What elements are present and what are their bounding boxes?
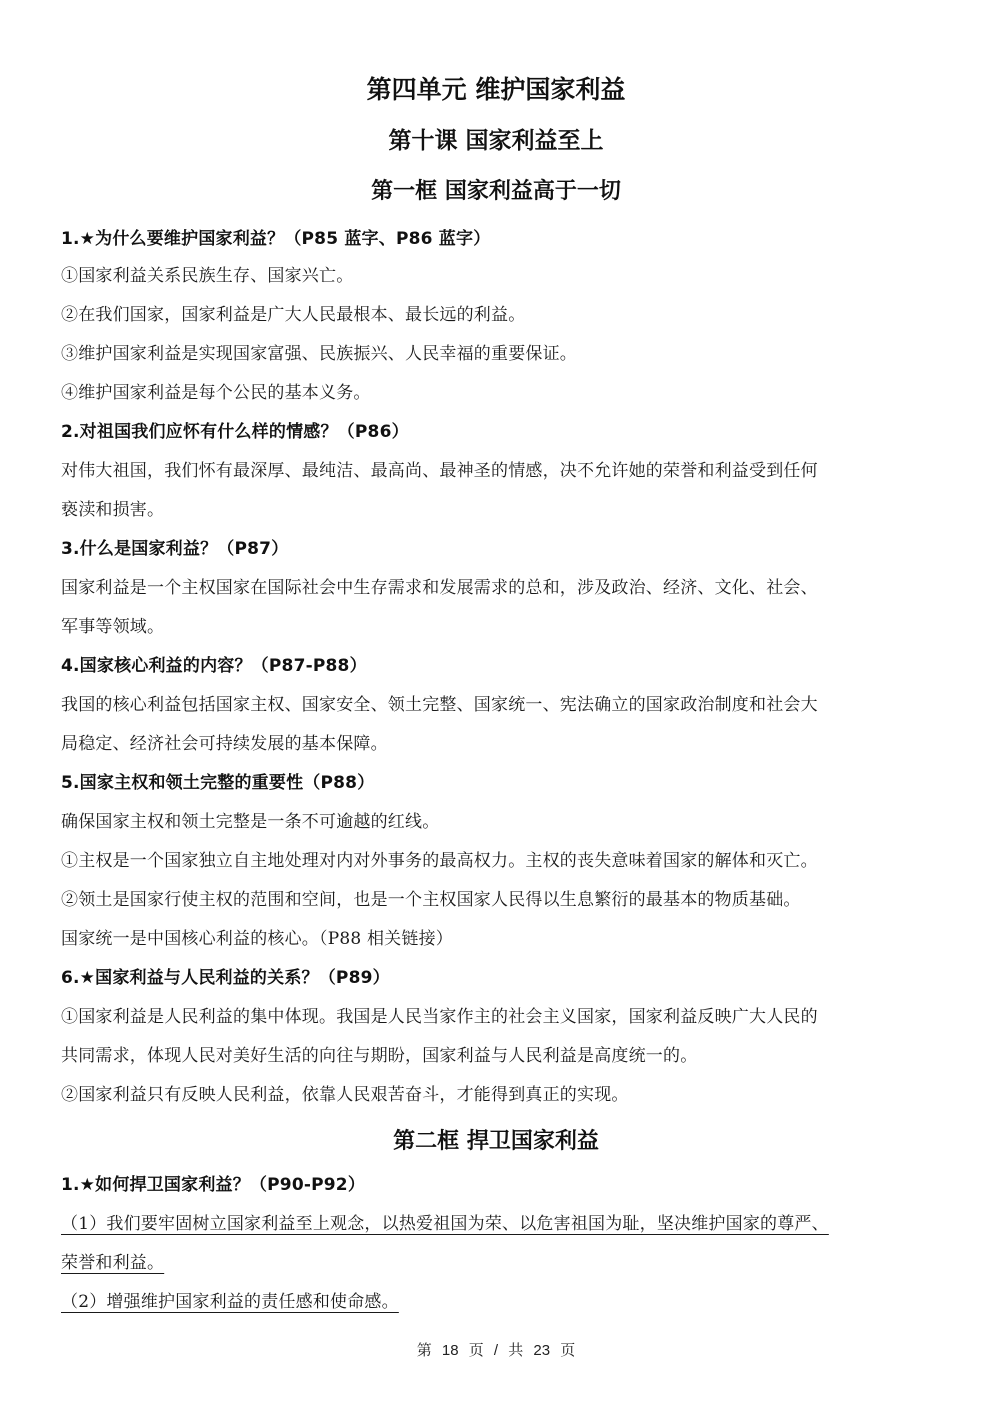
frame2-title: 第二框 捍卫国家利益 xyxy=(0,1124,992,1155)
question-heading: 1.★为什么要维护国家利益？（P85 蓝字、P86 蓝字） xyxy=(61,228,490,250)
answer-text: ②领土是国家行使主权的范围和空间，也是一个主权国家人民得以生息繁衍的最基本的物质… xyxy=(61,889,801,911)
answer-text: ②国家利益只有反映人民利益，依靠人民艰苦奋斗，才能得到真正的实现。 xyxy=(61,1084,629,1106)
answer-text: 共同需求，体现人民对美好生活的向往与期盼，国家利益与人民利益是高度统一的。 xyxy=(61,1045,697,1067)
answer-text: 我国的核心利益包括国家主权、国家安全、领土完整、国家统一、宪法确立的国家政治制度… xyxy=(61,694,818,716)
document-page: 第四单元 维护国家利益 第十课 国家利益至上 第一框 国家利益高于一切 1.★为… xyxy=(0,0,992,1403)
answer-text: 亵渎和损害。 xyxy=(61,499,164,521)
answer-text: ①国家利益是人民利益的集中体现。我国是人民当家作主的社会主义国家，国家利益反映广… xyxy=(61,1006,818,1028)
underlined-answer: 荣誉和利益。 xyxy=(61,1252,164,1274)
question-heading: 2.对祖国我们应怀有什么样的情感？（P86） xyxy=(61,421,409,443)
answer-text: ④维护国家利益是每个公民的基本义务。 xyxy=(61,382,371,404)
answer-text: 确保国家主权和领土完整是一条不可逾越的红线。 xyxy=(61,811,439,833)
frame1-title: 第一框 国家利益高于一切 xyxy=(0,174,992,205)
answer-text: 军事等领域。 xyxy=(61,616,164,638)
question-heading: 4.国家核心利益的内容？（P87-P88） xyxy=(61,655,367,677)
answer-text: 局稳定、经济社会可持续发展的基本保障。 xyxy=(61,733,388,755)
answer-text: 国家利益是一个主权国家在国际社会中生存需求和发展需求的总和，涉及政治、经济、文化… xyxy=(61,577,818,599)
answer-text: ①主权是一个国家独立自主地处理对内对外事务的最高权力。主权的丧失意味着国家的解体… xyxy=(61,850,818,872)
page-footer: 第 18 页 / 共 23 页 xyxy=(0,1339,992,1360)
lesson-title: 第十课 国家利益至上 xyxy=(0,122,992,155)
answer-text: ②在我们国家，国家利益是广大人民最根本、最长远的利益。 xyxy=(61,304,525,326)
answer-text: 国家统一是中国核心利益的核心。（P88 相关链接） xyxy=(61,928,453,950)
question-heading: 3.什么是国家利益？（P87） xyxy=(61,538,288,560)
underlined-answer: （1）我们要牢固树立国家利益至上观念，以热爱祖国为荣、以危害祖国为耻，坚决维护国… xyxy=(61,1213,829,1235)
answer-text: 对伟大祖国，我们怀有最深厚、最纯洁、最高尚、最神圣的情感，决不允许她的荣誉和利益… xyxy=(61,460,818,482)
answer-text: ①国家利益关系民族生存、国家兴亡。 xyxy=(61,265,353,287)
question-heading: 5.国家主权和领土完整的重要性（P88） xyxy=(61,772,374,794)
answer-text: ③维护国家利益是实现国家富强、民族振兴、人民幸福的重要保证。 xyxy=(61,343,577,365)
question-heading: 1.★如何捍卫国家利益？（P90-P92） xyxy=(61,1174,365,1196)
question-heading: 6.★国家利益与人民利益的关系？（P89） xyxy=(61,967,390,989)
underlined-answer: （2）增强维护国家利益的责任感和使命感。 xyxy=(61,1291,399,1313)
unit-title: 第四单元 维护国家利益 xyxy=(0,70,992,106)
